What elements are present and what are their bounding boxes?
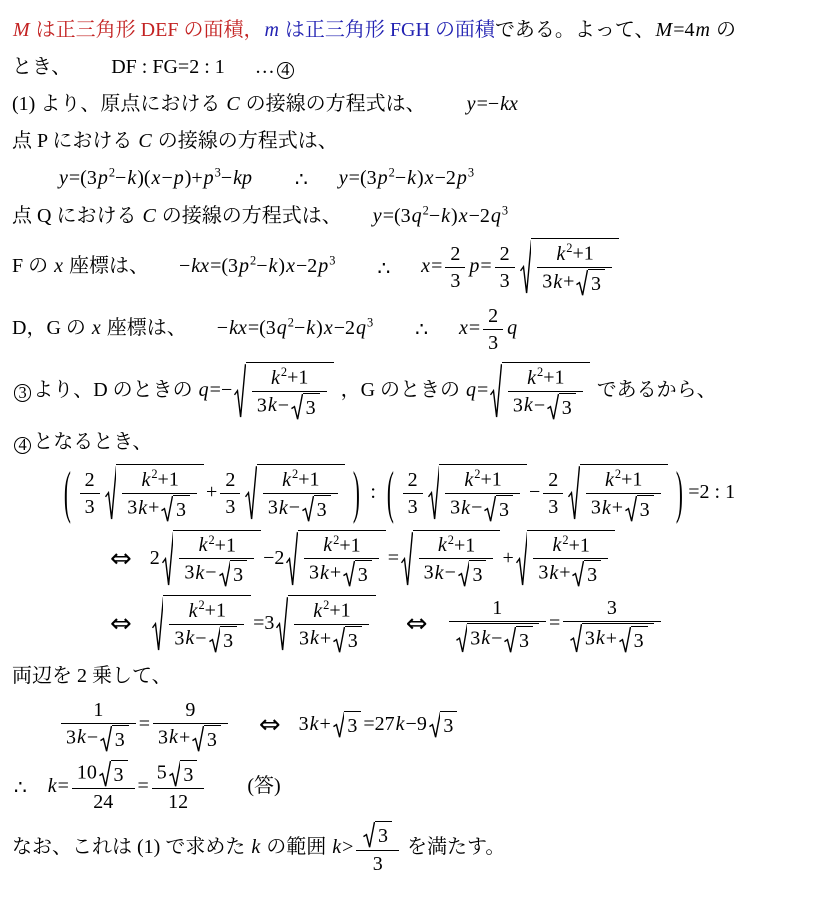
math-variable: k — [140, 469, 151, 491]
fraction-denominator: 3k+3 — [537, 267, 612, 297]
radical-sign-icon — [99, 760, 111, 788]
math-variable: k — [604, 469, 615, 491]
radical-sign-icon — [625, 495, 637, 523]
therefore-symbol: ∴ — [377, 256, 390, 280]
math-variable: k — [319, 562, 330, 584]
fraction: 5312 — [152, 760, 205, 815]
square-root: 3 — [429, 711, 458, 739]
iff-arrow: ⇔ — [406, 609, 428, 639]
fraction-denominator: 3k+3 — [304, 558, 379, 588]
radicand: 3 — [345, 626, 362, 654]
fraction: k2+13k−3 — [419, 533, 494, 588]
line-range-check: なお、これは (1) で求めた k の範囲 k>33 を満たす。 — [12, 821, 816, 876]
fraction: 23 — [495, 242, 515, 293]
radicand: k2+13k−3 — [257, 464, 345, 522]
math-variable: C — [141, 205, 156, 227]
math-variable: k — [188, 600, 199, 622]
square-root: k2+13k−3 — [490, 362, 589, 420]
math-variable: kx — [228, 317, 248, 339]
line-answer: ∴ k=10324=5312 (答) — [12, 760, 816, 815]
roman-text: FG — [152, 56, 178, 78]
math-variable: q — [276, 317, 288, 339]
fraction-numerator: k2+1 — [294, 598, 369, 624]
math-variable: C — [225, 93, 240, 115]
square-root: 3 — [576, 269, 605, 297]
math-variable: k — [406, 167, 417, 189]
square-root: 3 — [219, 560, 248, 588]
radicand: 3 — [112, 725, 129, 753]
line-areas-statement: M は正三角形 DEF の面積，m は正三角形 FGH の面積である。よって、M… — [12, 15, 816, 45]
radicand: 3 — [559, 393, 576, 421]
radicand: k2+13k+3 — [116, 464, 204, 522]
math-variable: x — [424, 167, 435, 189]
radical-sign-icon — [516, 530, 528, 588]
square-root: 3 — [169, 760, 198, 788]
fraction-denominator: 3k+3 — [294, 624, 369, 654]
fraction-numerator: 3 — [356, 821, 399, 850]
text-segment: である。よって、M=4m の — [495, 19, 736, 41]
radical-sign-icon — [161, 495, 173, 523]
math-variable: k — [480, 627, 491, 649]
square-root: k2+13k+3 — [286, 530, 385, 588]
radical-sign-icon — [333, 626, 345, 654]
superscript: 2 — [250, 254, 256, 268]
superscript: 2 — [474, 467, 480, 481]
square-root: 3 — [302, 495, 331, 523]
roman-text: P — [37, 130, 47, 152]
superscript: 3 — [502, 204, 508, 218]
fraction-numerator: 103 — [72, 760, 135, 789]
math-variable: x — [151, 167, 162, 189]
square-root: 3 — [363, 821, 392, 849]
therefore-symbol: ∴ — [295, 167, 308, 191]
math-variable: k — [523, 394, 534, 416]
superscript: 2 — [151, 467, 157, 481]
text-segment: y=(3p2−k)(x−p)+p3−kp ∴ y=(3p2−k)x−2p3 — [58, 167, 474, 189]
roman-text: DEF — [141, 19, 179, 41]
radicand: k2+13k−3 — [173, 530, 261, 588]
fraction-denominator: 3k+3 — [586, 493, 661, 523]
fraction: 23 — [483, 304, 503, 355]
fraction-denominator: 24 — [72, 788, 135, 814]
math-variable: k — [601, 497, 612, 519]
fraction: k2+13k+3 — [533, 533, 608, 588]
math-variable: q — [490, 205, 502, 227]
text-segment: D，G の x 座標は、 −kx=(3q2−k)x−2q3 ∴ x=23q — [12, 317, 518, 339]
text-segment: 点 P における C の接線の方程式は、 — [12, 130, 338, 152]
line-q-values: 3より、D のときの q=−k2+13k−3 ，G のときの q=k2+13k−… — [12, 362, 816, 420]
therefore-symbol: ∴ — [14, 775, 27, 799]
radical-sign-icon — [192, 725, 204, 753]
math-variable: x — [91, 317, 102, 339]
fraction-denominator: 3k−3 — [179, 558, 254, 588]
radicand: k2+13k−3 — [163, 595, 251, 653]
fraction-numerator: 3 — [563, 596, 660, 621]
math-variable: x — [420, 255, 431, 277]
radical-sign-icon — [572, 560, 584, 588]
math-variable: k — [526, 367, 537, 389]
line-ratio-equation: (23k2+13k+3+23k2+13k−3) : (23k2+13k−3−23… — [58, 464, 816, 522]
math-variable: x — [458, 205, 469, 227]
square-root: 3 — [619, 626, 648, 654]
fraction-numerator: k2+1 — [169, 598, 244, 624]
square-root: 3 — [161, 495, 190, 523]
square-root: k2+13k−3 — [234, 362, 333, 420]
square-root: 3 — [100, 725, 129, 753]
superscript: 2 — [566, 241, 572, 255]
radicand: 3 — [314, 495, 331, 523]
math-variable: k — [270, 367, 281, 389]
fraction: 33k+3 — [563, 596, 660, 654]
square-root: k2+13k−3 — [428, 464, 527, 522]
math-variable: k — [309, 713, 320, 735]
radical-sign-icon — [276, 595, 288, 653]
iff-arrow: ⇔ — [259, 710, 281, 740]
math-variable: k — [312, 600, 323, 622]
text-segment: (23k2+13k+3+23k2+13k−3) : (23k2+13k−3−23… — [58, 481, 735, 503]
fraction-numerator: k2+1 — [304, 533, 379, 559]
radical-sign-icon — [169, 760, 181, 788]
text-segment: (1) より、原点における C の接線の方程式は、 y=−kx — [12, 93, 519, 115]
math-variable: k — [552, 534, 563, 556]
math-variable: k — [395, 713, 406, 735]
roman-text: DF — [111, 56, 137, 78]
fraction-denominator: 3 — [445, 267, 465, 293]
square-root: 3k−3 — [456, 623, 539, 654]
math-variable: k — [184, 627, 195, 649]
superscript: 2 — [292, 467, 298, 481]
radical-sign-icon — [162, 530, 174, 588]
math-variable: m — [695, 19, 711, 41]
math-variable: k — [168, 726, 179, 748]
math-variable: k — [555, 243, 566, 265]
radical-sign-icon — [219, 560, 231, 588]
fraction: 23 — [220, 468, 240, 519]
line-condition-4: 4となるとき、 — [12, 427, 816, 457]
radicand: 3k−3 — [467, 623, 539, 654]
fraction-numerator: 2 — [445, 242, 465, 267]
math-variable: p — [317, 255, 329, 277]
fraction-denominator: 3 — [403, 493, 423, 519]
fraction-numerator: 2 — [80, 468, 100, 493]
math-variable: p — [203, 167, 215, 189]
radical-sign-icon — [286, 530, 298, 588]
line-ratio-conclusion: とき、 DF : FG=2 : 1 …4 — [12, 52, 816, 82]
roman-text: G — [361, 379, 375, 401]
superscript: 3 — [215, 165, 221, 179]
fraction: 93k+3 — [153, 698, 228, 753]
radicand: k2+13k+3 — [527, 530, 615, 588]
math-variable: k — [250, 836, 261, 858]
line-tangent-origin: (1) より、原点における C の接線の方程式は、 y=−kx — [12, 89, 816, 119]
square-root: k2+13k+3 — [516, 530, 615, 588]
square-root: 3 — [291, 393, 320, 421]
solution-page: M は正三角形 DEF の面積，m は正三角形 FGH の面積である。よって、M… — [0, 0, 826, 903]
fraction-denominator: 3k−3 — [445, 493, 520, 523]
roman-text: G — [46, 317, 60, 339]
superscript: 2 — [389, 165, 395, 179]
radical-sign-icon — [547, 393, 559, 421]
fraction: k2+13k+3 — [122, 467, 197, 522]
square-root: k2+13k−3 — [401, 530, 500, 588]
radical-sign-icon — [576, 269, 588, 297]
superscript: 2 — [109, 165, 115, 179]
line-equiv-1: ⇔ 2k2+13k−3−2k2+13k+3=k2+13k−3+k2+13k+3 — [102, 530, 816, 588]
radical-sign-icon — [209, 626, 221, 654]
math-variable: y — [372, 205, 383, 227]
fraction: 23 — [80, 468, 100, 519]
square-root: 3 — [458, 560, 487, 588]
math-variable: k — [440, 205, 451, 227]
fraction-denominator: 3 — [80, 493, 100, 519]
big-paren: ( — [64, 450, 71, 537]
radicand: k2+13k−3 — [439, 464, 527, 522]
radical-sign-icon — [570, 623, 582, 654]
fraction-numerator: k2+1 — [537, 241, 612, 267]
fraction-denominator: 3k−3 — [169, 624, 244, 654]
radical-sign-icon — [302, 495, 314, 523]
radicand: 3 — [111, 760, 128, 788]
text-segment: 3より、D のときの q=−k2+13k−3 ，G のときの q=k2+13k−… — [12, 379, 717, 401]
fraction-numerator: k2+1 — [586, 467, 661, 493]
line-squared-equation: 13k−3=93k+3 ⇔ 3k+3=27k−93 — [58, 698, 816, 753]
math-variable: x — [458, 317, 469, 339]
square-root: 3 — [625, 495, 654, 523]
fraction-numerator: k2+1 — [122, 467, 197, 493]
superscript: 2 — [281, 365, 287, 379]
radical-sign-icon — [456, 623, 468, 654]
roman-text: Q — [37, 205, 51, 227]
math-variable: k — [126, 167, 137, 189]
math-variable: k — [278, 497, 289, 519]
text-segment: 4となるとき、 — [12, 431, 152, 453]
fraction: 23 — [403, 468, 423, 519]
fraction-denominator: 3 — [483, 329, 503, 355]
roman-text: F — [12, 255, 23, 277]
math-variable: k — [305, 317, 316, 339]
square-root: 3 — [333, 626, 362, 654]
math-variable: k — [331, 836, 342, 858]
circled-4: 4 — [14, 437, 31, 454]
math-variable: p — [468, 255, 480, 277]
line-equiv-2: ⇔ k2+13k−3=3k2+13k+3 ⇔ 13k−3=33k+3 — [102, 595, 816, 653]
math-variable: x — [53, 255, 64, 277]
radicand: k2+13k+3 — [298, 530, 386, 588]
radicand: k2+13k+3 — [580, 464, 668, 522]
fraction-denominator: 3 — [495, 267, 515, 293]
math-variable: k — [460, 497, 471, 519]
radicand: k2+13k−3 — [502, 362, 590, 420]
fraction: 13k−3 — [61, 698, 136, 753]
roman-text: D — [12, 317, 26, 339]
radicand: 3 — [180, 760, 197, 788]
text-segment: M は正三角形 DEF の面積， — [12, 19, 263, 41]
radicand: 3 — [631, 626, 648, 654]
fraction-numerator: 1 — [61, 698, 136, 723]
radicand: 3 — [375, 821, 392, 849]
square-root: 3 — [99, 760, 128, 788]
math-variable: k — [268, 255, 279, 277]
radical-sign-icon — [401, 530, 413, 588]
superscript: 3 — [367, 315, 373, 329]
text-segment: 13k−3=93k+3 ⇔ 3k+3=27k−93 — [58, 713, 459, 735]
text-segment: 点 Q における C の接線の方程式は、 y=(3q2−k)x−2q3 — [12, 205, 508, 227]
fraction-denominator: 3k+3 — [153, 723, 228, 753]
fraction: k2+13k−3 — [508, 365, 583, 420]
fraction: k2+13k−3 — [263, 467, 338, 522]
math-variable: k — [137, 497, 148, 519]
line-square-both-sides: 両辺を 2 乗して、 — [12, 661, 816, 691]
superscript: 2 — [615, 467, 621, 481]
radical-sign-icon — [484, 495, 496, 523]
radicand: 3 — [496, 495, 513, 523]
radicand: 3 — [469, 560, 486, 588]
roman-text: FGH — [390, 19, 430, 41]
radicand: 3 — [230, 560, 247, 588]
text-segment: ∴ k=10324=5312 (答) — [12, 775, 281, 797]
math-variable: q — [506, 317, 518, 339]
fraction-numerator: 1 — [449, 596, 546, 621]
superscript: 2 — [537, 365, 543, 379]
math-variable: q — [465, 379, 477, 401]
math-variable: y — [466, 93, 477, 115]
fraction-denominator: 3k−3 — [263, 493, 338, 523]
fraction: 13k−3 — [449, 596, 546, 654]
line-tangent-q: 点 Q における C の接線の方程式は、 y=(3q2−k)x−2q3 — [12, 201, 816, 231]
math-variable: kx — [190, 255, 210, 277]
superscript: 2 — [423, 204, 429, 218]
math-variable: M — [12, 19, 31, 41]
fraction: k2+13k−3 — [179, 533, 254, 588]
fraction-numerator: 53 — [152, 760, 205, 789]
radicand: 3 — [173, 495, 190, 523]
fraction: k2+13k+3 — [304, 533, 379, 588]
radical-sign-icon — [458, 560, 470, 588]
radical-sign-icon — [428, 464, 440, 522]
math-variable: k — [437, 534, 448, 556]
fraction-numerator: k2+1 — [419, 533, 494, 559]
math-variable: k — [463, 469, 474, 491]
math-variable: kp — [232, 167, 253, 189]
radical-sign-icon — [490, 362, 502, 420]
math-variable: k — [198, 534, 209, 556]
math-variable: k — [434, 562, 445, 584]
text-segment: m は正三角形 FGH の面積 — [263, 19, 494, 41]
fraction: 33 — [356, 821, 399, 876]
text-segment: ⇔ k2+13k−3=3k2+13k+3 ⇔ 13k−3=33k+3 — [102, 612, 664, 634]
fraction-numerator: k2+1 — [252, 365, 327, 391]
radical-sign-icon — [520, 238, 532, 296]
fraction: 10324 — [72, 760, 135, 815]
square-root: 3 — [209, 626, 238, 654]
fraction-numerator: 2 — [483, 304, 503, 329]
math-variable: p — [377, 167, 389, 189]
square-root: 3 — [484, 495, 513, 523]
math-variable: k — [281, 469, 292, 491]
big-paren: ) — [353, 450, 360, 537]
fraction-numerator: k2+1 — [533, 533, 608, 559]
line-tangent-p-equation: y=(3p2−k)(x−p)+p3−kp ∴ y=(3p2−k)x−2p3 — [58, 163, 816, 194]
radicand: 3 — [303, 393, 320, 421]
superscript: 2 — [562, 533, 568, 547]
square-root: k2+13k+3 — [276, 595, 375, 653]
math-variable: k — [194, 562, 205, 584]
square-root: k2+13k−3 — [245, 464, 344, 522]
fraction-denominator: 3k+3 — [563, 621, 660, 654]
superscript: 3 — [329, 254, 335, 268]
math-variable: q — [411, 205, 423, 227]
fraction-denominator: 3 — [220, 493, 240, 519]
math-variable: y — [58, 167, 69, 189]
fraction-numerator: 2 — [495, 242, 515, 267]
text-segment: F の x 座標は、 −kx=(3p2−k)x−2p3 ∴ x=23p=23k2… — [12, 255, 621, 277]
fraction-denominator: 12 — [152, 788, 205, 814]
math-variable: k — [309, 627, 320, 649]
square-root: 3 — [547, 393, 576, 421]
radicand: 3 — [344, 711, 361, 739]
math-variable: q — [355, 317, 367, 339]
radical-sign-icon — [234, 362, 246, 420]
square-root: k2+13k+3 — [105, 464, 204, 522]
superscript: 2 — [448, 533, 454, 547]
math-variable: k — [595, 627, 606, 649]
fraction: k2+13k−3 — [445, 467, 520, 522]
iff-arrow: ⇔ — [110, 544, 132, 574]
math-variable: p — [97, 167, 109, 189]
fraction-numerator: k2+1 — [263, 467, 338, 493]
fraction-numerator: k2+1 — [179, 533, 254, 559]
fraction: k2+13k+3 — [537, 241, 612, 296]
fraction-numerator: k2+1 — [508, 365, 583, 391]
fraction-denominator: 3 — [543, 493, 563, 519]
math-variable: M — [655, 19, 674, 41]
square-root: 3 — [333, 711, 362, 739]
fraction-denominator: 3k−3 — [508, 391, 583, 421]
roman-text: D — [93, 379, 107, 401]
fraction: 23 — [445, 242, 465, 293]
big-paren: ) — [675, 450, 682, 537]
fraction: k2+13k+3 — [586, 467, 661, 522]
math-variable: k — [76, 726, 87, 748]
radicand: 3 — [220, 626, 237, 654]
circled-4: 4 — [277, 62, 294, 79]
math-variable: kx — [499, 93, 519, 115]
math-variable: k — [322, 534, 333, 556]
math-variable: x — [285, 255, 296, 277]
fraction: k2+13k−3 — [169, 598, 244, 653]
radical-sign-icon — [105, 464, 117, 522]
square-root: 3 — [572, 560, 601, 588]
text-segment: ⇔ 2k2+13k−3−2k2+13k+3=k2+13k−3+k2+13k+3 — [102, 547, 617, 569]
radical-sign-icon — [245, 464, 257, 522]
square-root: k2+13k+3 — [520, 238, 619, 296]
fraction: k2+13k−3 — [252, 365, 327, 420]
fraction-denominator: 3k−3 — [419, 558, 494, 588]
radicand: 3k+3 — [582, 623, 654, 654]
therefore-symbol: ∴ — [415, 317, 428, 341]
radicand: k2+13k−3 — [246, 362, 334, 420]
radical-sign-icon — [291, 393, 303, 421]
fraction-numerator: k2+1 — [445, 467, 520, 493]
radical-sign-icon — [429, 711, 441, 739]
fraction-denominator: 3k−3 — [61, 723, 136, 753]
text-segment: なお、これは (1) で求めた k の範囲 k>33 を満たす。 — [12, 836, 505, 858]
superscript: 2 — [288, 315, 294, 329]
square-root: 3 — [343, 560, 372, 588]
radical-sign-icon — [100, 725, 112, 753]
superscript: 3 — [468, 165, 474, 179]
superscript: 2 — [323, 598, 329, 612]
